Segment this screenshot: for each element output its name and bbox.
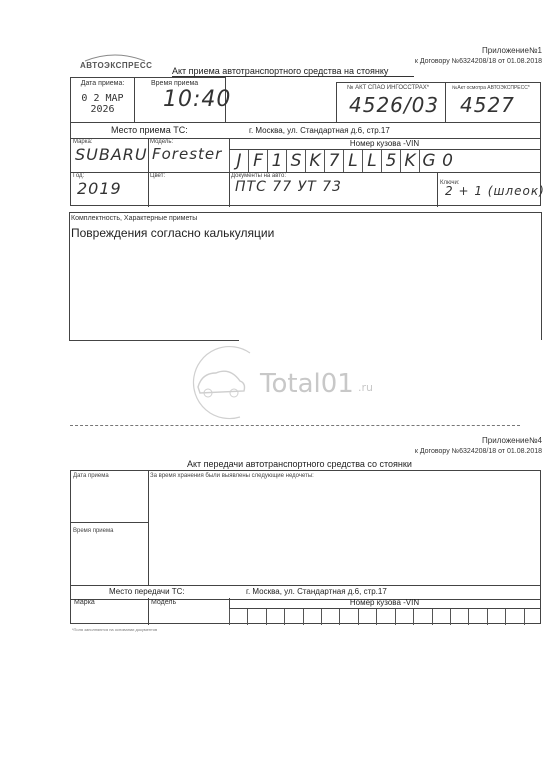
vin-empty-cell <box>395 609 413 625</box>
vin-char-cell: S <box>286 150 305 172</box>
act-inspection-label: №Акт осмотра АВТОЭКСПРЕСС* <box>452 85 540 91</box>
page-separator <box>70 425 520 426</box>
keys-value: 2 + 1 (шлеок) <box>445 184 540 198</box>
time-receipt-value: 10:40 <box>163 87 225 112</box>
vin-label: Номер кузова -VIN <box>229 138 540 150</box>
vin-char-cell: L <box>343 150 362 172</box>
details-row: Год: 2019 Цвет: Документы на авто: ПТС 7… <box>71 172 540 207</box>
act-insurer-cell: № АКТ СПАО ИНГОССТРАХ* 4526/03 <box>336 82 446 122</box>
act1-table: Место приема ТС: г. Москва, ул. Стандарт… <box>70 122 541 206</box>
handover-model-label: Модель <box>151 599 229 606</box>
model-cell: Модель: Forester <box>148 138 230 172</box>
vehicle-row: Марка: SUBARU Модель: Forester Номер куз… <box>71 138 540 173</box>
vin-empty-cell <box>303 609 321 625</box>
vin-empty-cell <box>450 609 468 625</box>
act-inspection-cell: №Акт осмотра АВТОЭКСПРЕСС* 4527 <box>445 82 541 122</box>
vin-char-cell: G <box>419 150 438 172</box>
equipment-label: Комплектность, Характерные приметы <box>71 215 541 222</box>
equipment-bottom-border <box>69 340 239 341</box>
vin-empty-cell <box>229 609 247 625</box>
appendix-4-label: Приложение№4 <box>482 436 542 445</box>
documents-cell: Документы на авто: ПТС 77 УТ 73 <box>229 172 438 207</box>
act-inspection-value: 4527 <box>460 93 540 117</box>
place-row: Место приема ТС: г. Москва, ул. Стандарт… <box>71 123 540 139</box>
keys-cell: Ключи: 2 + 1 (шлеок) <box>437 172 540 207</box>
act1-title: Акт приема автотранспортного средства на… <box>172 66 414 77</box>
vin-cell: Номер кузова -VIN JF1SK7LL5KG0 <box>229 138 540 172</box>
handover-vehicle-row: Марка Модель Номер кузова -VIN <box>71 598 540 625</box>
place-label: Место приема ТС: <box>111 125 188 135</box>
documents-value: ПТС 77 УТ 73 <box>235 179 437 195</box>
vin-empty-cell <box>524 609 542 625</box>
equipment-value: Повреждения согласно калькуляции <box>71 226 541 240</box>
vin-characters: JF1SK7LL5KG0 <box>229 150 540 172</box>
watermark-text: Total01 <box>260 369 354 399</box>
contract-ref-1: к Договору №6324208/18 от 01.08.2018 <box>415 58 542 65</box>
act-insurer-value: 4526/03 <box>349 93 445 117</box>
time-receipt-label: Время приема <box>151 80 225 87</box>
vin-char-cell: K <box>305 150 324 172</box>
make-cell: Марка: SUBARU <box>71 138 149 172</box>
equipment-block: Комплектность, Характерные приметы Повре… <box>69 212 542 340</box>
make-value: SUBARU <box>75 145 148 164</box>
act4-title: Акт передачи автотранспортного средства … <box>187 459 412 469</box>
vin-empty-cell <box>339 609 357 625</box>
handover-vin-label: Номер кузова -VIN <box>229 598 540 609</box>
vin-char-cell: 0 <box>438 150 457 172</box>
time-receipt-cell: Время приема 10:40 <box>134 77 226 123</box>
appendix-1-label: Приложение№1 <box>482 46 542 55</box>
model-value: Forester <box>152 145 229 163</box>
vin-empty-cell <box>247 609 265 625</box>
year-cell: Год: 2019 <box>71 172 149 207</box>
date-receipt-cell: Дата приема: 0 2 МАР 2026 <box>70 77 135 123</box>
watermark-suffix: .ru <box>358 381 373 394</box>
date-receipt-label: Дата приема: <box>71 80 134 87</box>
handover-date-cell: Дата приема <box>71 471 149 523</box>
logo-text: АВТОЭКСПРЕСС <box>80 61 152 70</box>
vin-empty-cell <box>321 609 339 625</box>
handover-place-label: Место передачи ТС: <box>109 587 185 596</box>
vin-char-cell: F <box>248 150 267 172</box>
place-value: г. Москва, ул. Стандартная д.6, стр.17 <box>249 126 390 135</box>
vin-char-cell: 7 <box>324 150 343 172</box>
vin-char-cell: 1 <box>267 150 286 172</box>
handover-place-value: г. Москва, ул. Стандартная д.6, стр.17 <box>246 587 387 596</box>
handover-make-cell: Марка <box>71 598 149 625</box>
vin-empty-cell <box>284 609 302 625</box>
date-receipt-stamp: 0 2 МАР 2026 <box>71 93 134 115</box>
vin-empty-cell <box>413 609 431 625</box>
handover-vin-cell: Номер кузова -VIN <box>229 598 540 625</box>
vin-empty-cell <box>432 609 450 625</box>
act4-table: Дата приема Время приема За время хранен… <box>70 470 541 624</box>
vin-empty-cell <box>376 609 394 625</box>
vin-char-cell: L <box>362 150 381 172</box>
vin-empty-cell <box>266 609 284 625</box>
vin-empty-cell <box>487 609 505 625</box>
handover-make-label: Марка <box>74 599 148 606</box>
vin-char-cell: J <box>229 150 248 172</box>
vin-empty-cell <box>505 609 523 625</box>
vin-char-cell: 5 <box>381 150 400 172</box>
watermark: Total01 .ru <box>180 345 390 425</box>
handover-time-label: Время приема <box>73 528 148 534</box>
year-value: 2019 <box>77 179 148 198</box>
color-cell: Цвет: <box>148 172 230 207</box>
act-insurer-label: № АКТ СПАО ИНГОССТРАХ* <box>347 85 445 91</box>
company-logo: АВТОЭКСПРЕСС <box>80 52 150 72</box>
watermark-car-logo-icon <box>180 345 260 425</box>
color-label: Цвет: <box>150 173 229 179</box>
handover-date-label: Дата приема <box>73 473 148 479</box>
footnote: *Поля заполняются на основании документо… <box>72 627 157 632</box>
vin-empty-cell <box>358 609 376 625</box>
handover-model-cell: Модель <box>148 598 230 625</box>
vin-empty-cell <box>468 609 486 625</box>
handover-time-cell: Время приема <box>71 522 149 585</box>
vin-char-cell: K <box>400 150 419 172</box>
contract-ref-4: к Договору №6324208/18 от 01.08.2018 <box>415 448 542 455</box>
defects-label: За время хранения были выявлены следующи… <box>150 473 540 479</box>
handover-vin-cells <box>229 609 540 625</box>
defects-cell: За время хранения были выявлены следующи… <box>148 471 540 585</box>
